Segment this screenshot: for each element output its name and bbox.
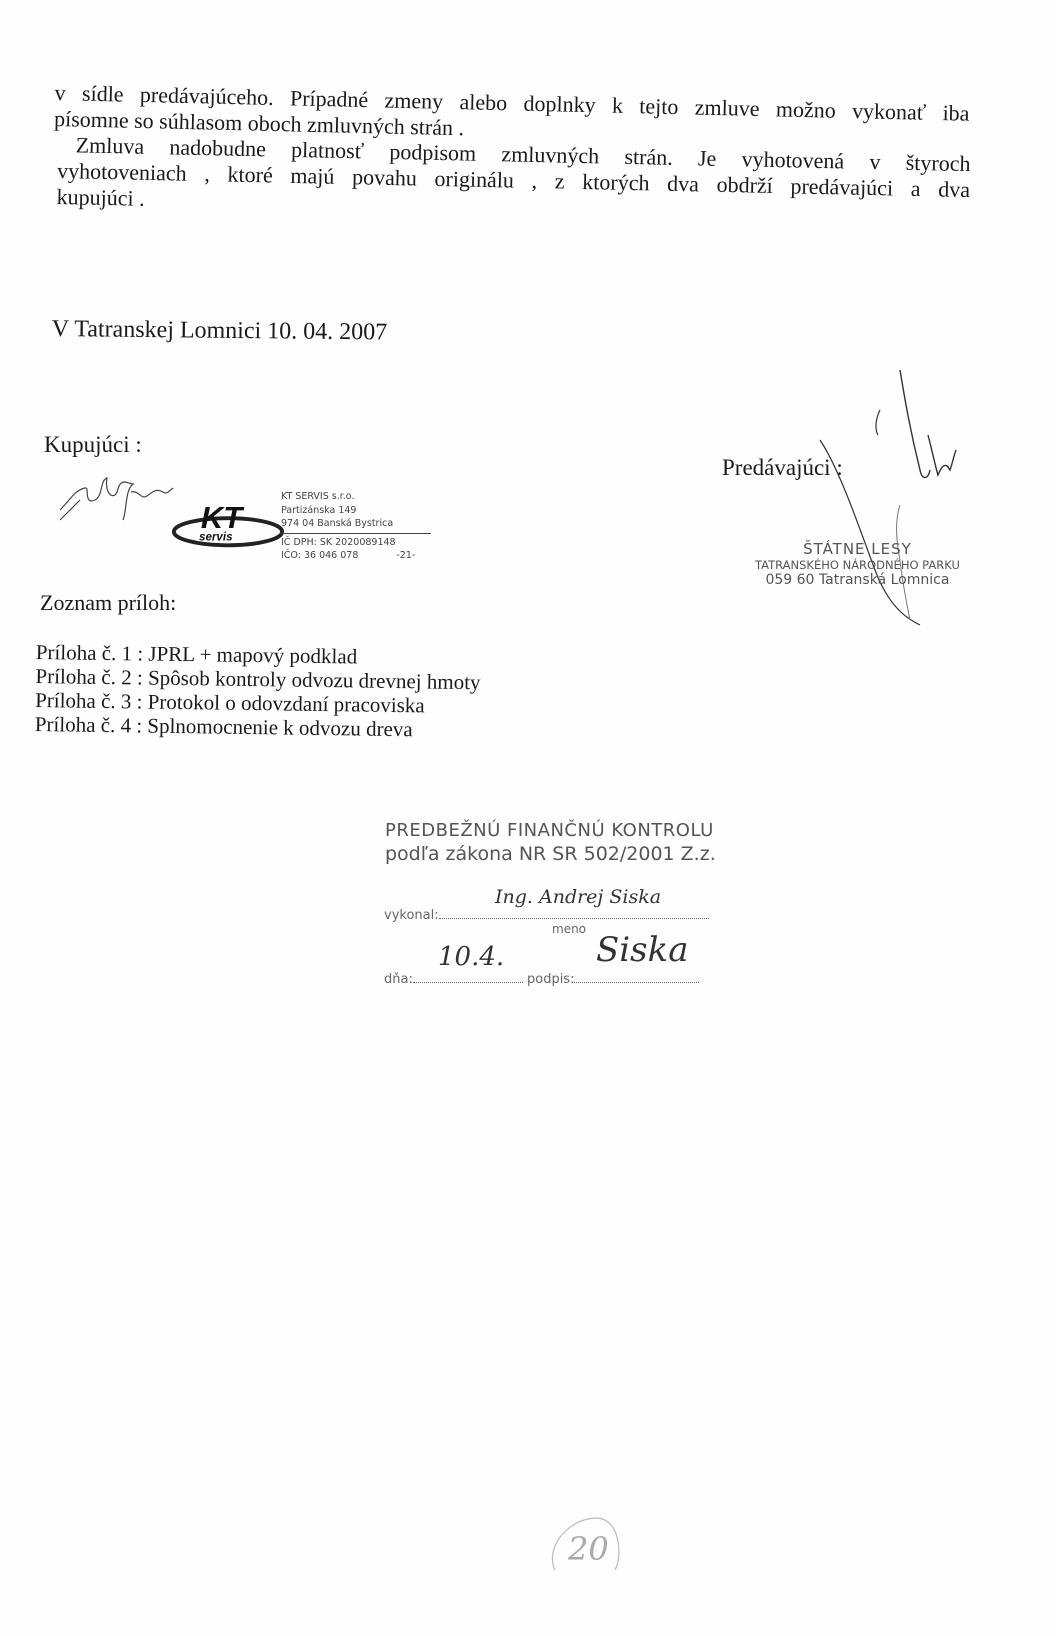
seller-organization-stamp: ŠTÁTNE LESY TATRANSKÉHO NÁRODNÉHO PARKU …: [755, 540, 960, 588]
buyer-label: Kupujúci :: [44, 432, 142, 458]
seller-stamp-line1: ŠTÁTNE LESY: [755, 540, 960, 558]
buyer-signature: [55, 470, 185, 530]
signature-value: Siska: [596, 930, 689, 970]
place-and-date: V Tatranskej Lomnici 10. 04. 2007: [52, 316, 388, 347]
date-signature-row: dňa: podpis:: [384, 970, 699, 987]
attachments-list: Príloha č. 1 : JPRL + mapový podklad Prí…: [35, 640, 481, 742]
date-label: dňa:: [384, 972, 413, 987]
stamp-mark: -21-: [396, 550, 415, 561]
stamp-divider: [281, 533, 431, 534]
buyer-company-ico: IČO: 36 046 078-21-: [281, 549, 431, 563]
buyer-company-city: 974 04 Banská Bystrica: [281, 517, 431, 531]
control-stamp-law: podľa zákona NR SR 502/2001 Z.z.: [385, 843, 716, 865]
svg-text:servis: servis: [199, 530, 233, 543]
ico-value: IČO: 36 046 078: [281, 550, 358, 561]
financial-control-stamp: PREDBEŽNÚ FINANČNÚ KONTROLU podľa zákona…: [385, 820, 716, 865]
name-caption: meno: [552, 922, 586, 936]
kt-servis-logo-icon: KT servis: [168, 495, 288, 553]
buyer-company-street: Partizánska 149: [281, 504, 431, 518]
performed-by-row: vykonal:: [384, 906, 709, 923]
document-page: v sídle predávajúceho. Prípadné zmeny al…: [0, 0, 1056, 1636]
date-value: 10.4.: [438, 942, 504, 972]
date-line: [413, 970, 523, 983]
signature-label: podpis:: [527, 972, 574, 987]
performed-by-line: [439, 906, 709, 919]
buyer-company-vat: IČ DPH: SK 2020089148: [281, 536, 431, 550]
control-stamp-title: PREDBEŽNÚ FINANČNÚ KONTROLU: [385, 820, 716, 841]
seller-signature: [820, 370, 990, 640]
performed-by-label: vykonal:: [384, 908, 439, 923]
buyer-company-stamp: KT SERVIS s.r.o. Partizánska 149 974 04 …: [281, 490, 431, 563]
buyer-company-name: KT SERVIS s.r.o.: [281, 490, 431, 504]
seller-stamp-line3: 059 60 Tatranská Lomnica: [755, 572, 960, 588]
attachments-title: Zoznam príloh:: [40, 590, 176, 616]
signature-line: [574, 970, 699, 983]
seller-stamp-line2: TATRANSKÉHO NÁRODNÉHO PARKU: [755, 558, 960, 572]
performed-by-value: Ing. Andrej Siska: [495, 886, 661, 908]
page-number: 20: [568, 1530, 609, 1568]
